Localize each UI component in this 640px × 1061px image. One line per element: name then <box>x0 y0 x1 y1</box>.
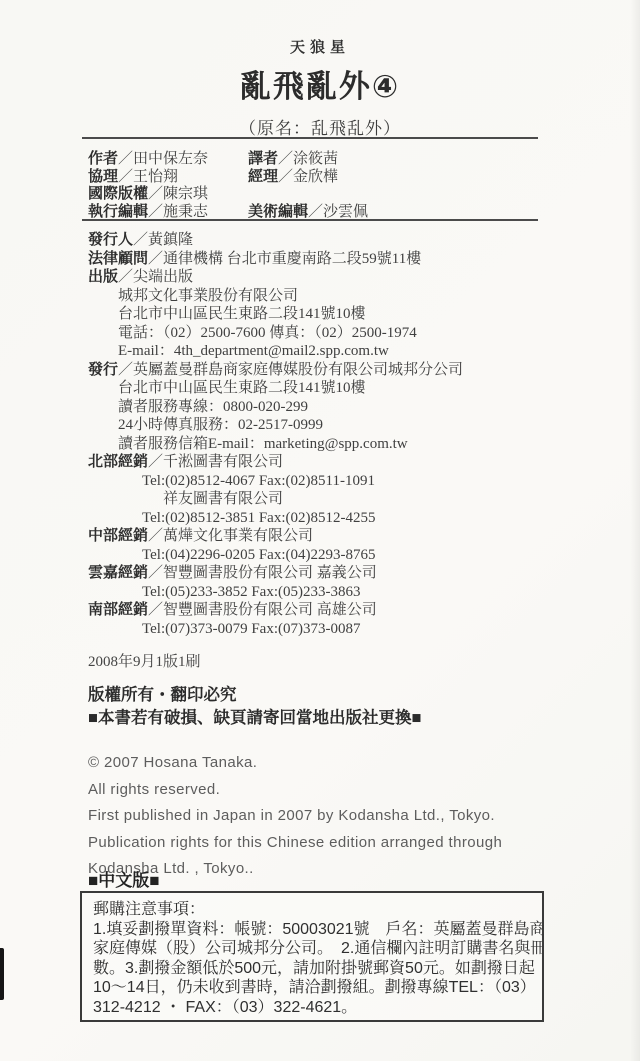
credit-person-name: 涂筱茜 <box>293 151 338 167</box>
publication-line: 發行人／黃鎮隆 <box>88 231 463 250</box>
separator: ／ <box>118 269 133 285</box>
field-label: 法律顧問 <box>88 250 148 267</box>
credit-person-name: 田中保左奈 <box>133 151 208 167</box>
field-value: 24小時傳真服務：02-2517-0999 <box>118 417 323 433</box>
separator: ／ <box>278 151 293 167</box>
field-label: 發行人 <box>88 231 133 248</box>
credit-entry: 作者／田中保左奈 <box>88 150 248 168</box>
credit-person-name: 王怡翔 <box>133 169 178 185</box>
field-value: Tel:(07)373-0079 Fax:(07)373-0087 <box>142 621 361 637</box>
field-value: 通律機構 台北市重慶南路二段59號11樓 <box>163 251 421 267</box>
mail-order-line: 郵購注意事項： <box>93 900 531 920</box>
separator: ／ <box>133 232 148 248</box>
english-copyright-line: © 2007 Hosana Tanaka. <box>88 750 502 777</box>
publication-line: Tel:(04)2296-0205 Fax:(04)2293-8765 <box>88 546 463 565</box>
separator: ／ <box>118 362 133 378</box>
credit-person-name: 施秉志 <box>163 204 208 220</box>
publication-line: 雲嘉經銷／智豐圖書股份有限公司 嘉義公司 <box>88 564 463 583</box>
separator: ／ <box>148 602 163 618</box>
credit-entry: 協理／王怡翔 <box>88 168 248 186</box>
credit-role-label: 經理 <box>248 168 278 185</box>
colophon-page: 天狼星 亂飛亂外④ （原名：乱飛乱外） 作者／田中保左奈 譯者／涂筱茜 協理／王… <box>0 0 640 1061</box>
field-value: Tel:(02)8512-4067 Fax:(02)8511-1091 <box>142 473 375 489</box>
publication-line: 法律顧問／通律機構 台北市重慶南路二段59號11樓 <box>88 250 463 269</box>
original-title: （原名：乱飛乱外） <box>0 114 640 139</box>
credit-role-label: 譯者 <box>248 150 278 167</box>
field-label: 雲嘉經銷 <box>88 564 148 581</box>
separator: ／ <box>148 204 163 220</box>
separator: ／ <box>278 169 293 185</box>
replacement-notice: ■本書若有破損、缺頁請寄回當地出版社更換■ <box>88 707 421 730</box>
publication-line: 北部經銷／千淞圖書有限公司 <box>88 453 463 472</box>
separator: ／ <box>148 565 163 581</box>
publication-line: E-mail：4th_department@mail2.spp.com.tw <box>88 342 463 361</box>
separator: ／ <box>148 528 163 544</box>
mail-order-line: 家庭傳媒（股）公司城邦分公司。 2.通信欄內註明訂購書名與冊 <box>93 939 531 959</box>
field-label: 中部經銷 <box>88 527 148 544</box>
credit-person-name: 陳宗琪 <box>163 186 208 202</box>
scan-artifact <box>0 948 4 1000</box>
field-value: Tel:(04)2296-0205 Fax:(04)2293-8765 <box>142 547 376 563</box>
field-value: 台北市中山區民生東路二段141號10樓 <box>118 306 366 322</box>
english-copyright-section: © 2007 Hosana Tanaka. All rights reserve… <box>88 750 502 883</box>
publication-line: 城邦文化事業股份有限公司 <box>88 287 463 306</box>
credit-role-label: 國際版權 <box>88 185 148 202</box>
field-value: E-mail：4th_department@mail2.spp.com.tw <box>118 343 389 359</box>
credits-row: 國際版權／陳宗琪 <box>88 185 368 203</box>
credit-entry: 執行編輯／施秉志 <box>88 203 248 221</box>
field-value: 千淞圖書有限公司 <box>163 454 283 470</box>
credits-row: 作者／田中保左奈 譯者／涂筱茜 <box>88 150 368 168</box>
separator: ／ <box>148 186 163 202</box>
credits-row: 協理／王怡翔 經理／金欣樺 <box>88 168 368 186</box>
field-label: 出版 <box>88 268 118 285</box>
field-value: Tel:(05)233-3852 Fax:(05)233-3863 <box>142 584 361 600</box>
english-copyright-line: All rights reserved. <box>88 777 502 804</box>
rights-section: 版權所有・翻印必究 ■本書若有破損、缺頁請寄回當地出版社更換■ <box>88 684 421 730</box>
separator: ／ <box>308 204 323 220</box>
series-name: 天狼星 <box>0 36 640 57</box>
separator: ／ <box>118 151 133 167</box>
credit-role-label: 執行編輯 <box>88 203 148 220</box>
divider-line <box>82 137 538 139</box>
mail-order-line: 10～14日，仍未收到書時，請洽劃撥組。劃撥專線TEL：（03） <box>93 978 531 998</box>
field-value: 智豐圖書股份有限公司 嘉義公司 <box>163 565 377 581</box>
publication-line: 台北市中山區民生東路二段141號10樓 <box>88 379 463 398</box>
book-title: 亂飛亂外④ <box>0 61 640 106</box>
field-value: 智豐圖書股份有限公司 高雄公司 <box>163 602 377 618</box>
separator: ／ <box>118 169 133 185</box>
publication-line: 發行／英屬蓋曼群島商家庭傳媒股份有限公司城邦分公司 <box>88 361 463 380</box>
publication-line: 24小時傳真服務：02-2517-0999 <box>88 416 463 435</box>
credit-role-label: 作者 <box>88 150 118 167</box>
publication-line: 祥友圖書有限公司 <box>88 490 463 509</box>
separator: ／ <box>148 454 163 470</box>
credit-role-label: 協理 <box>88 168 118 185</box>
edition-date: 2008年9月1版1刷 <box>88 650 201 671</box>
publication-line: 讀者服務信箱E-mail：marketing@spp.com.tw <box>88 435 463 454</box>
mail-order-notice-box: 郵購注意事項： 1.填妥劃撥單資料：帳號：50003021號 戶名：英屬蓋曼群島… <box>80 891 544 1022</box>
mail-order-line: 312-4212 ・ FAX：（03）322-4621。 <box>93 998 531 1018</box>
publication-line: 中部經銷／萬燁文化事業有限公司 <box>88 527 463 546</box>
field-label: 北部經銷 <box>88 453 148 470</box>
book-header: 天狼星 亂飛亂外④ （原名：乱飛乱外） <box>0 36 640 139</box>
field-value: 電話：（02）2500-7600 傳真：（02）2500-1974 <box>118 325 417 341</box>
english-copyright-line: Publication rights for this Chinese edit… <box>88 830 502 857</box>
field-value: 祥友圖書有限公司 <box>163 491 283 507</box>
mail-order-line: 1.填妥劃撥單資料：帳號：50003021號 戶名：英屬蓋曼群島商 <box>93 920 531 940</box>
field-value: 英屬蓋曼群島商家庭傳媒股份有限公司城邦分公司 <box>133 362 463 378</box>
field-value: 尖端出版 <box>133 269 193 285</box>
credit-entry: 美術編輯／沙雲佩 <box>248 203 368 221</box>
english-copyright-line: First published in Japan in 2007 by Koda… <box>88 803 502 830</box>
publication-line: Tel:(02)8512-4067 Fax:(02)8511-1091 <box>88 472 463 491</box>
field-value: 讀者服務信箱E-mail：marketing@spp.com.tw <box>118 436 408 452</box>
credits-row: 執行編輯／施秉志 美術編輯／沙雲佩 <box>88 203 368 221</box>
publication-info-section: 發行人／黃鎮隆 法律顧問／通律機構 台北市重慶南路二段59號11樓 出版／尖端出… <box>88 231 463 638</box>
publication-line: Tel:(07)373-0079 Fax:(07)373-0087 <box>88 620 463 639</box>
field-value: 讀者服務專線：0800-020-299 <box>118 399 308 415</box>
separator: ／ <box>148 251 163 267</box>
field-value: 萬燁文化事業有限公司 <box>163 528 313 544</box>
publication-line: 電話：（02）2500-7600 傳真：（02）2500-1974 <box>88 324 463 343</box>
field-value: 黃鎮隆 <box>148 232 193 248</box>
chinese-edition-label: ■中文版■ <box>88 866 160 891</box>
credit-entry: 譯者／涂筱茜 <box>248 150 338 168</box>
field-label: 南部經銷 <box>88 601 148 618</box>
publication-line: 讀者服務專線：0800-020-299 <box>88 398 463 417</box>
credit-entry: 國際版權／陳宗琪 <box>88 185 248 203</box>
credit-entry: 經理／金欣樺 <box>248 168 338 186</box>
field-value: Tel:(02)8512-3851 Fax:(02)8512-4255 <box>142 510 376 526</box>
publication-line: Tel:(05)233-3852 Fax:(05)233-3863 <box>88 583 463 602</box>
publication-line: 出版／尖端出版 <box>88 268 463 287</box>
credit-person-name: 金欣樺 <box>293 169 338 185</box>
publication-line: 南部經銷／智豐圖書股份有限公司 高雄公司 <box>88 601 463 620</box>
credits-section: 作者／田中保左奈 譯者／涂筱茜 協理／王怡翔 經理／金欣樺 國際版權／陳宗琪 執… <box>88 150 368 220</box>
publication-line: Tel:(02)8512-3851 Fax:(02)8512-4255 <box>88 509 463 528</box>
field-label: 發行 <box>88 361 118 378</box>
publication-line: 台北市中山區民生東路二段141號10樓 <box>88 305 463 324</box>
field-value: 台北市中山區民生東路二段141號10樓 <box>118 380 366 396</box>
mail-order-line: 數。3.劃撥金額低於500元，請加附掛號郵資50元。如劃撥日起 <box>93 959 531 979</box>
divider-line <box>82 219 538 221</box>
credit-role-label: 美術編輯 <box>248 203 308 220</box>
copyright-notice: 版權所有・翻印必究 <box>88 684 421 707</box>
field-value: 城邦文化事業股份有限公司 <box>118 288 298 304</box>
credit-person-name: 沙雲佩 <box>323 204 368 220</box>
